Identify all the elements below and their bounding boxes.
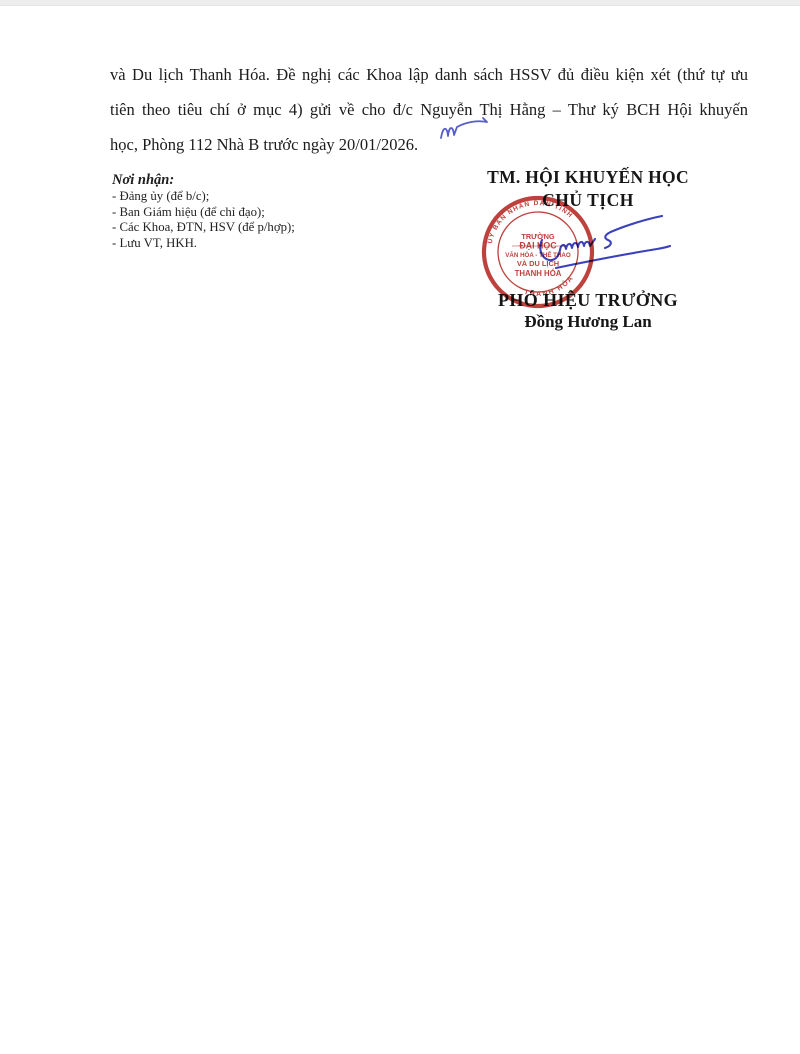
recipient-item: - Lưu VT, HKH. <box>112 236 392 252</box>
recipient-item: - Đảng ủy (để b/c); <box>112 189 392 205</box>
signer-name: Đồng Hương Lan <box>438 312 738 332</box>
recipient-item: - Các Khoa, ĐTN, HSV (để p/hợp); <box>112 220 392 236</box>
recipients-title: Nơi nhận: <box>112 172 392 189</box>
body-line: và Du lịch Thanh Hóa. Đề nghị các Khoa l… <box>110 57 748 92</box>
scan-edge-shadow <box>0 0 800 6</box>
body-paragraph: và Du lịch Thanh Hóa. Đề nghị các Khoa l… <box>110 57 748 162</box>
document-page: { "document": { "body_lines": [ "và Du l… <box>0 0 800 1054</box>
signature-scribble-ink <box>535 203 735 308</box>
initials-paraph-ink <box>438 112 493 144</box>
recipients-block: Nơi nhận: - Đảng ủy (để b/c); - Ban Giám… <box>112 172 392 251</box>
recipient-item: - Ban Giám hiệu (để chỉ đạo); <box>112 205 392 221</box>
signing-org-line: TM. HỘI KHUYẾN HỌC <box>438 167 738 188</box>
body-line: tiên theo tiêu chí ở mục 4) gửi về cho đ… <box>110 92 748 127</box>
body-line: học, Phòng 112 Nhà B trước ngày 20/01/20… <box>110 127 748 162</box>
